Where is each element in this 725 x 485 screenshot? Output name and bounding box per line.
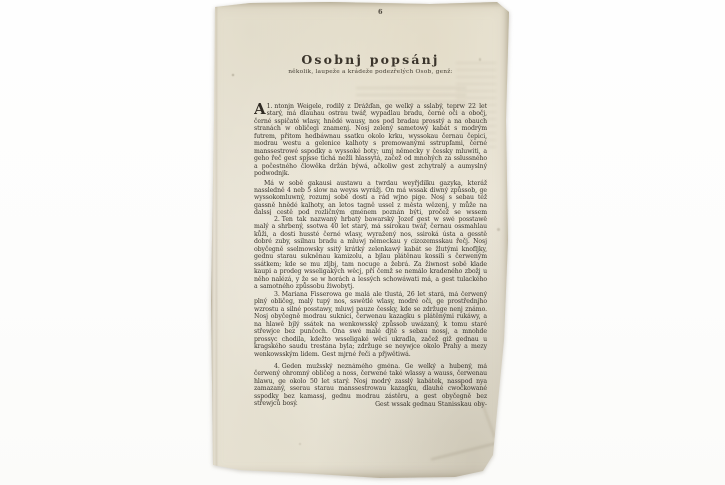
paragraph-number: 1. — [267, 103, 273, 110]
paper-left-fold-line-2 — [216, 2, 217, 474]
page-number-mark: 6 — [378, 8, 386, 16]
paragraph-text: Ten tak nazwaný hrbatý bawarský Jozef ge… — [254, 216, 487, 290]
paragraph-2: 2.Ten tak nazwaný hrbatý bawarský Jozef … — [254, 216, 487, 291]
paper-crease — [431, 442, 499, 461]
paper-left-fold-line — [210, 2, 212, 474]
paper-sheet: 6 Osobnj popsánj několik, laupeže a krád… — [206, 2, 510, 480]
document-photo: 6 Osobnj popsánj několik, laupeže a krád… — [0, 0, 725, 485]
catchline-text: Gest wssak gednau Stanisskau oby- — [375, 401, 487, 408]
paper-speck — [232, 74, 234, 76]
paragraph-text: ntonjn Weigele, rodilý z Drážďan, ge wel… — [254, 103, 487, 177]
showthrough-ghost-text — [356, 87, 466, 103]
paragraph-number: 3. — [264, 291, 280, 298]
paragraph-1: 1.Antonjn Weigele, rodilý z Drážďan, ge … — [254, 103, 487, 215]
paper-speck — [299, 443, 301, 445]
paragraph-1-continuation: Má w sobě gakausi austawu a twrdau weyřj… — [254, 180, 487, 215]
paragraph-text: Má w sobě gakausi austawu a twrdau weyřj… — [254, 180, 487, 215]
paragraph-text: Mariana Fisserowa ge malá ale tlustá, 26… — [254, 291, 487, 358]
paragraph-number: 2. — [264, 216, 280, 223]
document-title: Osobnj popsánj — [254, 52, 487, 67]
ornamental-initial: A — [254, 103, 266, 115]
paper-speck — [497, 228, 500, 231]
paragraph-3: 3.Mariana Fisserowa ge malá ale tlustá, … — [254, 291, 487, 360]
document-subtitle: několik, laupeže a krádeže podezřelých O… — [246, 69, 495, 75]
paragraph-1-main: 1.Antonjn Weigele, rodilý z Drážďan, ge … — [254, 103, 487, 178]
paragraph-number: 4. — [264, 363, 280, 370]
